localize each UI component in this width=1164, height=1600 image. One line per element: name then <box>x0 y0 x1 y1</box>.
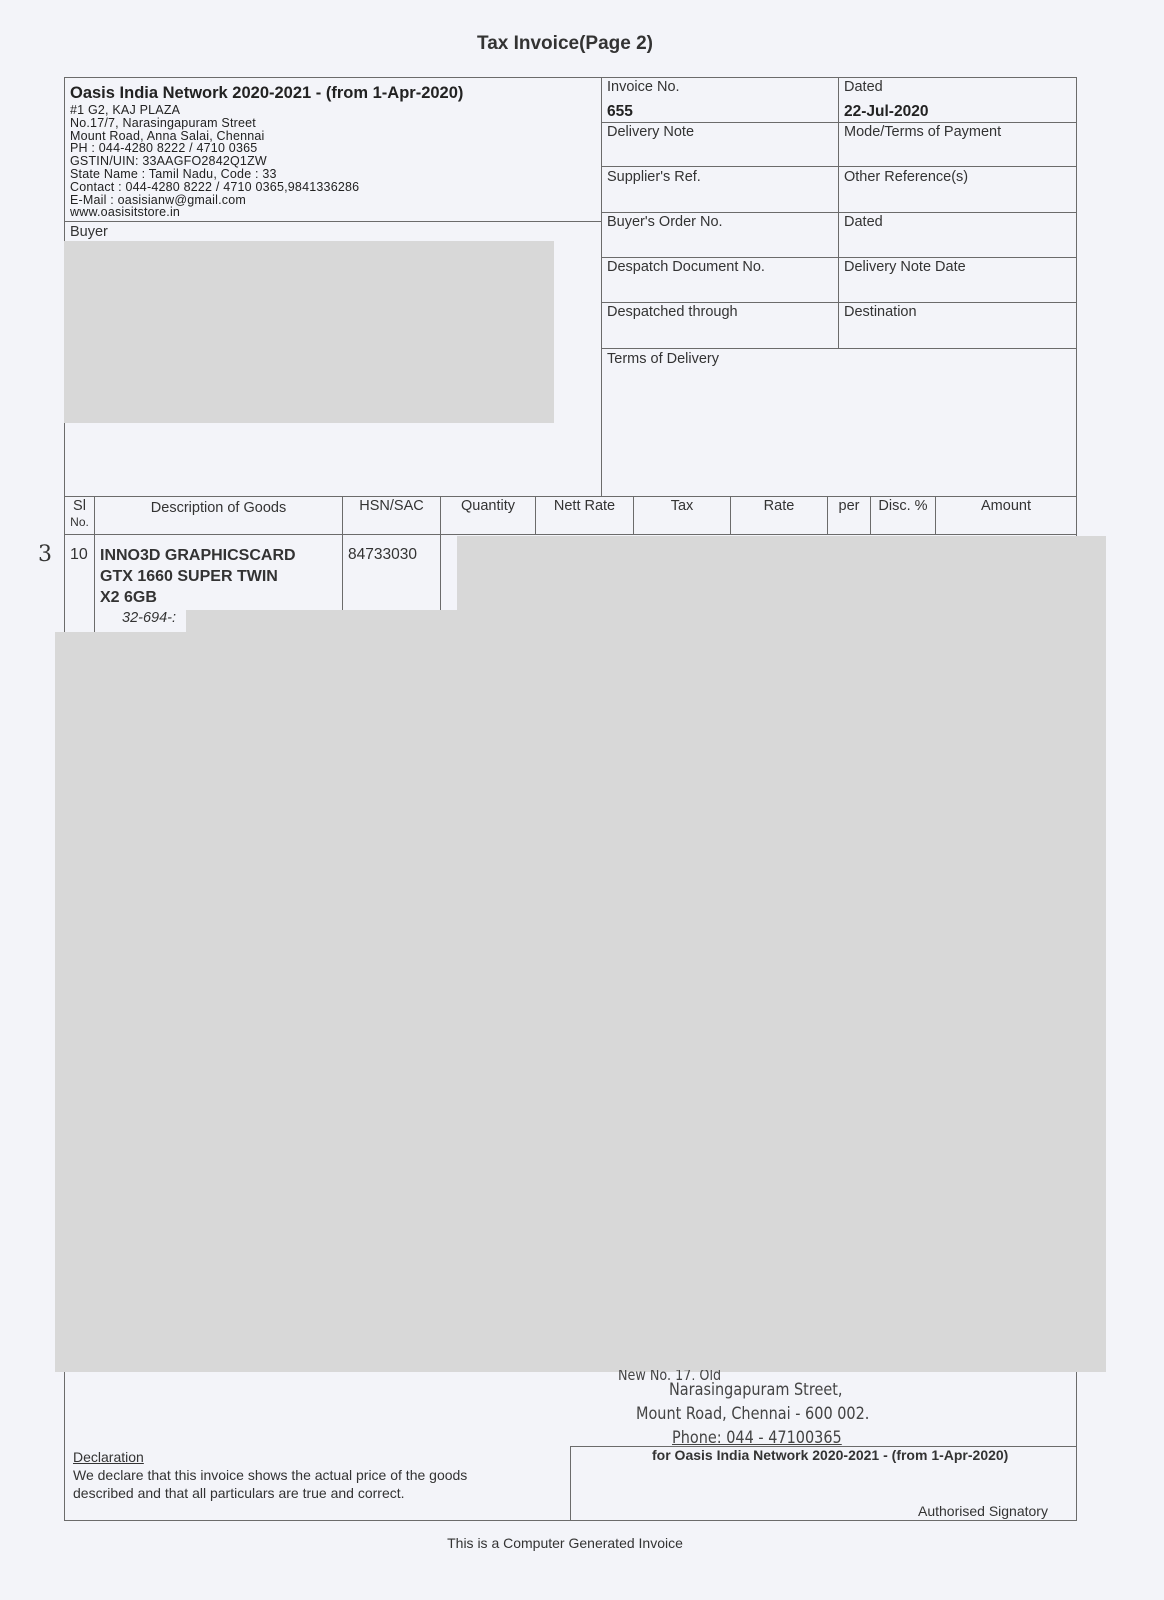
authorised-signatory: Authorised Signatory <box>918 1503 1048 1519</box>
serial-redacted <box>186 610 1106 632</box>
header-amount: Amount <box>936 498 1076 514</box>
header-description: Description of Goods <box>95 500 342 516</box>
meta-left-border <box>601 77 602 496</box>
seller-divider <box>64 221 602 222</box>
meta-row-line <box>601 122 1076 123</box>
terms-of-delivery-label: Terms of Delivery <box>607 351 719 367</box>
header-disc: Disc. % <box>871 498 935 514</box>
header-quantity: Quantity <box>441 498 535 514</box>
despatch-doc-label: Despatch Document No. <box>607 259 765 275</box>
seller-website: www.oasisitstore.in <box>70 206 359 219</box>
delivery-note-date-label: Delivery Note Date <box>844 259 966 275</box>
row-values-redacted <box>457 536 1106 610</box>
meta-row-line <box>601 302 1076 303</box>
table-header-bottom <box>64 534 1077 535</box>
row-serial: 32-694-: <box>122 610 176 626</box>
declaration-line: described and that all particulars are t… <box>73 1484 467 1502</box>
meta-row-line <box>601 166 1076 167</box>
table-header-top <box>64 496 1077 497</box>
footer-note: This is a Computer Generated Invoice <box>0 1535 1130 1551</box>
seller-contact: Contact : 044-4280 8222 / 4710 0365,9841… <box>70 181 359 194</box>
meta-row-line <box>601 212 1076 213</box>
payment-terms-label: Mode/Terms of Payment <box>844 124 1001 140</box>
header-nett-rate: Nett Rate <box>536 498 633 514</box>
col-sep <box>94 496 95 634</box>
seller-name: Oasis India Network 2020-2021 - (from 1-… <box>70 84 463 103</box>
header-sl-line2: No. <box>65 514 94 530</box>
page-title: Tax Invoice(Page 2) <box>0 33 1130 55</box>
meta-mid-border <box>838 77 839 349</box>
dated-value: 22-Jul-2020 <box>844 103 928 121</box>
other-ref-label: Other Reference(s) <box>844 169 968 185</box>
stamp-line-3: Phone: 044 - 47100365 <box>672 1428 842 1448</box>
description-line: X2 6GB <box>100 587 296 608</box>
description-line: GTX 1660 SUPER TWIN <box>100 566 296 587</box>
frame-top <box>64 77 1077 78</box>
header-hsn: HSN/SAC <box>343 498 440 514</box>
frame-bottom <box>64 1520 1077 1521</box>
declaration-text: We declare that this invoice shows the a… <box>73 1466 467 1502</box>
signature-for-line: for Oasis India Network 2020-2021 - (fro… <box>652 1447 1008 1463</box>
handwritten-mark: 3 <box>38 542 52 567</box>
stamp-line-0: New No. 17, Old <box>618 1370 721 1380</box>
header-tax: Tax <box>634 498 730 514</box>
declaration-line: We declare that this invoice shows the a… <box>73 1466 467 1484</box>
dated-label: Dated <box>844 79 883 95</box>
header-rate: Rate <box>731 498 827 514</box>
invoice-no-label: Invoice No. <box>607 79 680 95</box>
destination-label: Destination <box>844 304 917 320</box>
meta-row-line <box>601 257 1076 258</box>
stamp-line-2: Mount Road, Chennai - 600 002. <box>636 1404 869 1424</box>
invoice-no-value: 655 <box>607 103 633 121</box>
row-hsn: 84733030 <box>348 546 417 564</box>
description-line: INNO3D GRAPHICSCARD <box>100 545 296 566</box>
header-per: per <box>828 498 870 514</box>
stamp-line-1: Narasingapuram Street, <box>669 1380 842 1400</box>
row-description: INNO3D GRAPHICSCARD GTX 1660 SUPER TWIN … <box>100 545 296 608</box>
buyer-redacted <box>64 241 554 423</box>
seller-address: #1 G2, KAJ PLAZA No.17/7, Narasingapuram… <box>70 104 359 219</box>
seller-line: #1 G2, KAJ PLAZA <box>70 104 359 117</box>
row-sl: 10 <box>70 546 88 564</box>
buyer-order-label: Buyer's Order No. <box>607 214 723 230</box>
declaration-label: Declaration <box>73 1448 144 1466</box>
header-sl-line1: Sl <box>65 498 94 514</box>
header-sl: Sl No. <box>65 498 94 530</box>
buyer-label: Buyer <box>70 224 108 240</box>
delivery-note-label: Delivery Note <box>607 124 694 140</box>
meta-row-line <box>601 348 1076 349</box>
items-redacted <box>55 632 1106 1372</box>
signature-box-left <box>570 1446 571 1520</box>
seller-state: State Name : Tamil Nadu, Code : 33 <box>70 168 359 181</box>
despatched-through-label: Despatched through <box>607 304 738 320</box>
seller-line: No.17/7, Narasingapuram Street <box>70 117 359 130</box>
buyer-order-dated-label: Dated <box>844 214 883 230</box>
supplier-ref-label: Supplier's Ref. <box>607 169 701 185</box>
